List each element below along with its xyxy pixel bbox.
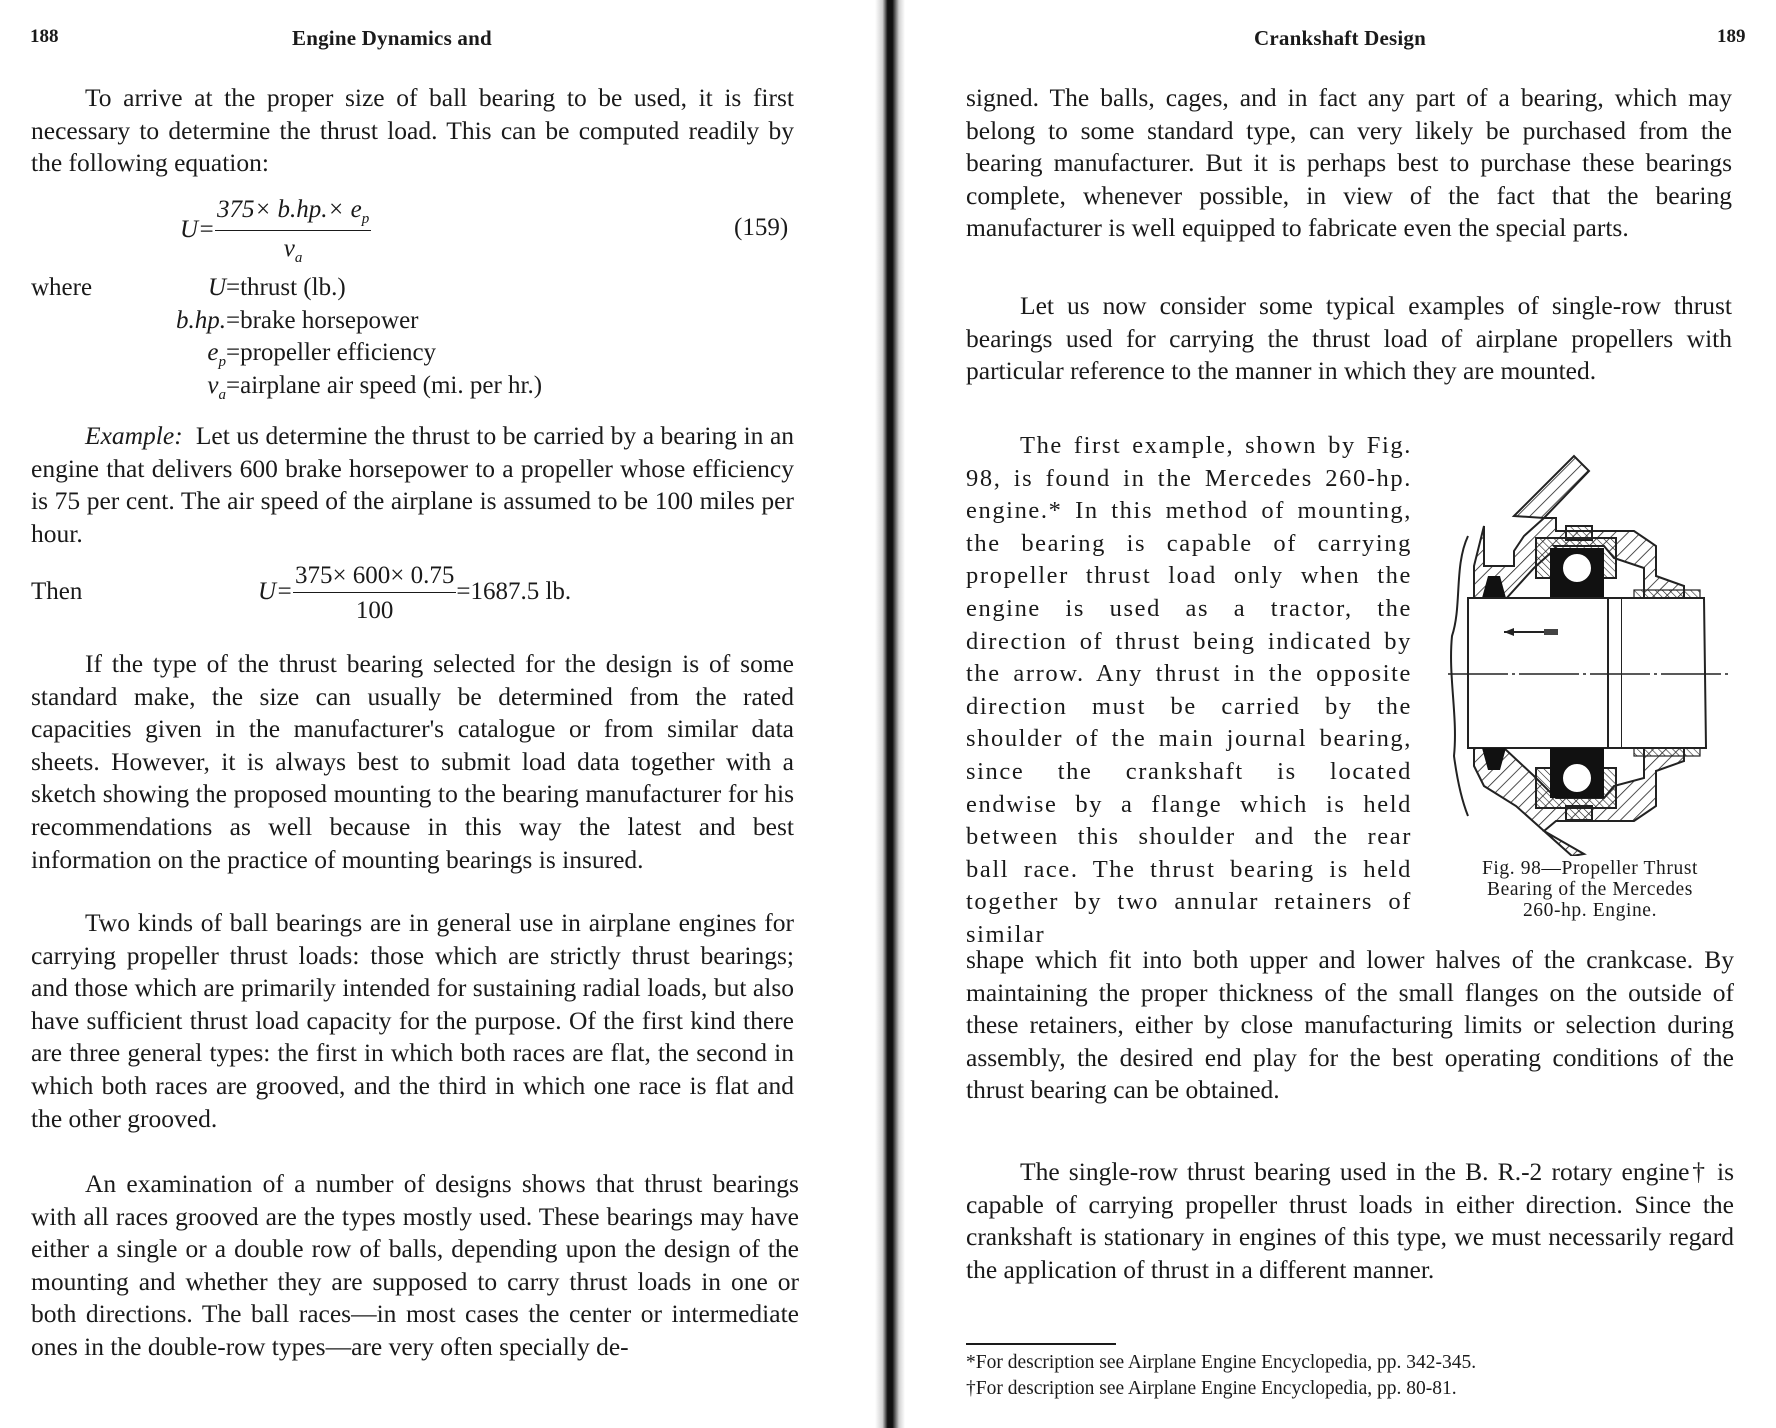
equation-lhs: U=: [180, 216, 215, 243]
definition-meaning: =airplane air speed (mi. per hr.): [226, 370, 542, 403]
page-number-right: 189: [1717, 26, 1746, 48]
definition-subscript: a: [219, 387, 227, 403]
definition-symbol: b.hp.: [176, 305, 226, 338]
example-equation-fraction: 375× 600× 0.75 100: [293, 562, 456, 625]
definition-symbol: e: [207, 339, 218, 366]
figure-98: [1444, 436, 1734, 856]
example-equation-lhs: U=: [258, 578, 293, 605]
intro-paragraph: To arrive at the proper size of ball bea…: [31, 82, 794, 180]
paragraph-consider: Let us now consider some typical example…: [966, 290, 1732, 388]
caption-line-1: Fig. 98—Propeller Thrust: [1440, 858, 1740, 879]
running-head-left: Engine Dynamics and: [292, 26, 492, 51]
caption-line-3: 260-hp. Engine.: [1440, 900, 1740, 921]
example-paragraph: Example: Let us determine the thrust to …: [31, 420, 794, 550]
paragraph-signed: signed. The balls, cages, and in fact an…: [966, 82, 1732, 245]
footnote-rule: [966, 1343, 1116, 1345]
equation-fraction: 375× b.hp.× ep va: [215, 196, 371, 267]
footnote-asterisk: *For description see Airplane Engine Enc…: [966, 1350, 1476, 1375]
definition-row: b.hp. =brake horsepower: [0, 305, 870, 338]
definition-symbol-group: va: [207, 370, 226, 412]
paragraph-first-example-continued: shape which fit into both upper and lowe…: [966, 944, 1734, 1107]
equation-number: (159): [734, 214, 788, 242]
denominator-text: v: [284, 235, 295, 262]
definition-meaning: =propeller efficiency: [226, 337, 436, 370]
footnote-dagger: †For description see Airplane Engine Enc…: [966, 1376, 1457, 1401]
example-equation: U= 375× 600× 0.75 100 =1687.5 lb.: [258, 562, 571, 625]
equation-numerator: 375× b.hp.× ep: [215, 196, 371, 231]
example-equation-denominator: 100: [293, 593, 456, 625]
definition-symbol: U: [208, 272, 226, 305]
numerator-text: 375× b.hp.× e: [217, 196, 362, 223]
example-label: Example:: [85, 421, 183, 450]
definition-meaning: =brake horsepower: [226, 305, 419, 338]
thrust-bearing-cross-section-icon: [1444, 436, 1734, 856]
paragraph-standard-make: If the type of the thrust bearing select…: [31, 648, 794, 876]
paragraph-first-example: The first example, shown by Fig. 98, is …: [966, 430, 1412, 952]
paragraph-examination: An examination of a number of designs sh…: [31, 1168, 799, 1364]
paragraph-two-kinds: Two kinds of ball bearings are in genera…: [31, 907, 794, 1135]
running-head-right: Crankshaft Design: [1254, 26, 1426, 51]
denominator-subscript: a: [295, 250, 303, 266]
equation-159: U= 375× b.hp.× ep va: [180, 196, 371, 267]
definition-symbol: v: [207, 372, 218, 399]
definition-meaning: =thrust (lb.): [226, 272, 346, 305]
paragraph-single-row: The single-row thrust bearing used in th…: [966, 1156, 1734, 1286]
definition-row: ep =propeller efficiency: [0, 337, 870, 370]
right-page: Crankshaft Design 189 signed. The balls,…: [900, 0, 1776, 1428]
caption-line-2: Bearing of the Mercedes: [1440, 879, 1740, 900]
then-label: Then: [31, 578, 82, 606]
example-equation-numerator: 375× 600× 0.75: [293, 562, 456, 593]
equation-denominator: va: [215, 231, 371, 267]
definition-row: U =thrust (lb.): [0, 272, 870, 305]
figure-98-caption: Fig. 98—Propeller Thrust Bearing of the …: [1440, 858, 1740, 921]
definition-subscript: p: [219, 354, 227, 370]
left-page: 188 Engine Dynamics and To arrive at the…: [0, 0, 870, 1428]
page-number-left: 188: [30, 26, 59, 48]
definitions-list: U =thrust (lb.) b.hp. =brake horsepower …: [0, 272, 870, 402]
example-equation-result: =1687.5 lb.: [456, 578, 571, 605]
numerator-subscript: p: [362, 211, 370, 227]
definition-row: va =airplane air speed (mi. per hr.): [0, 370, 870, 403]
